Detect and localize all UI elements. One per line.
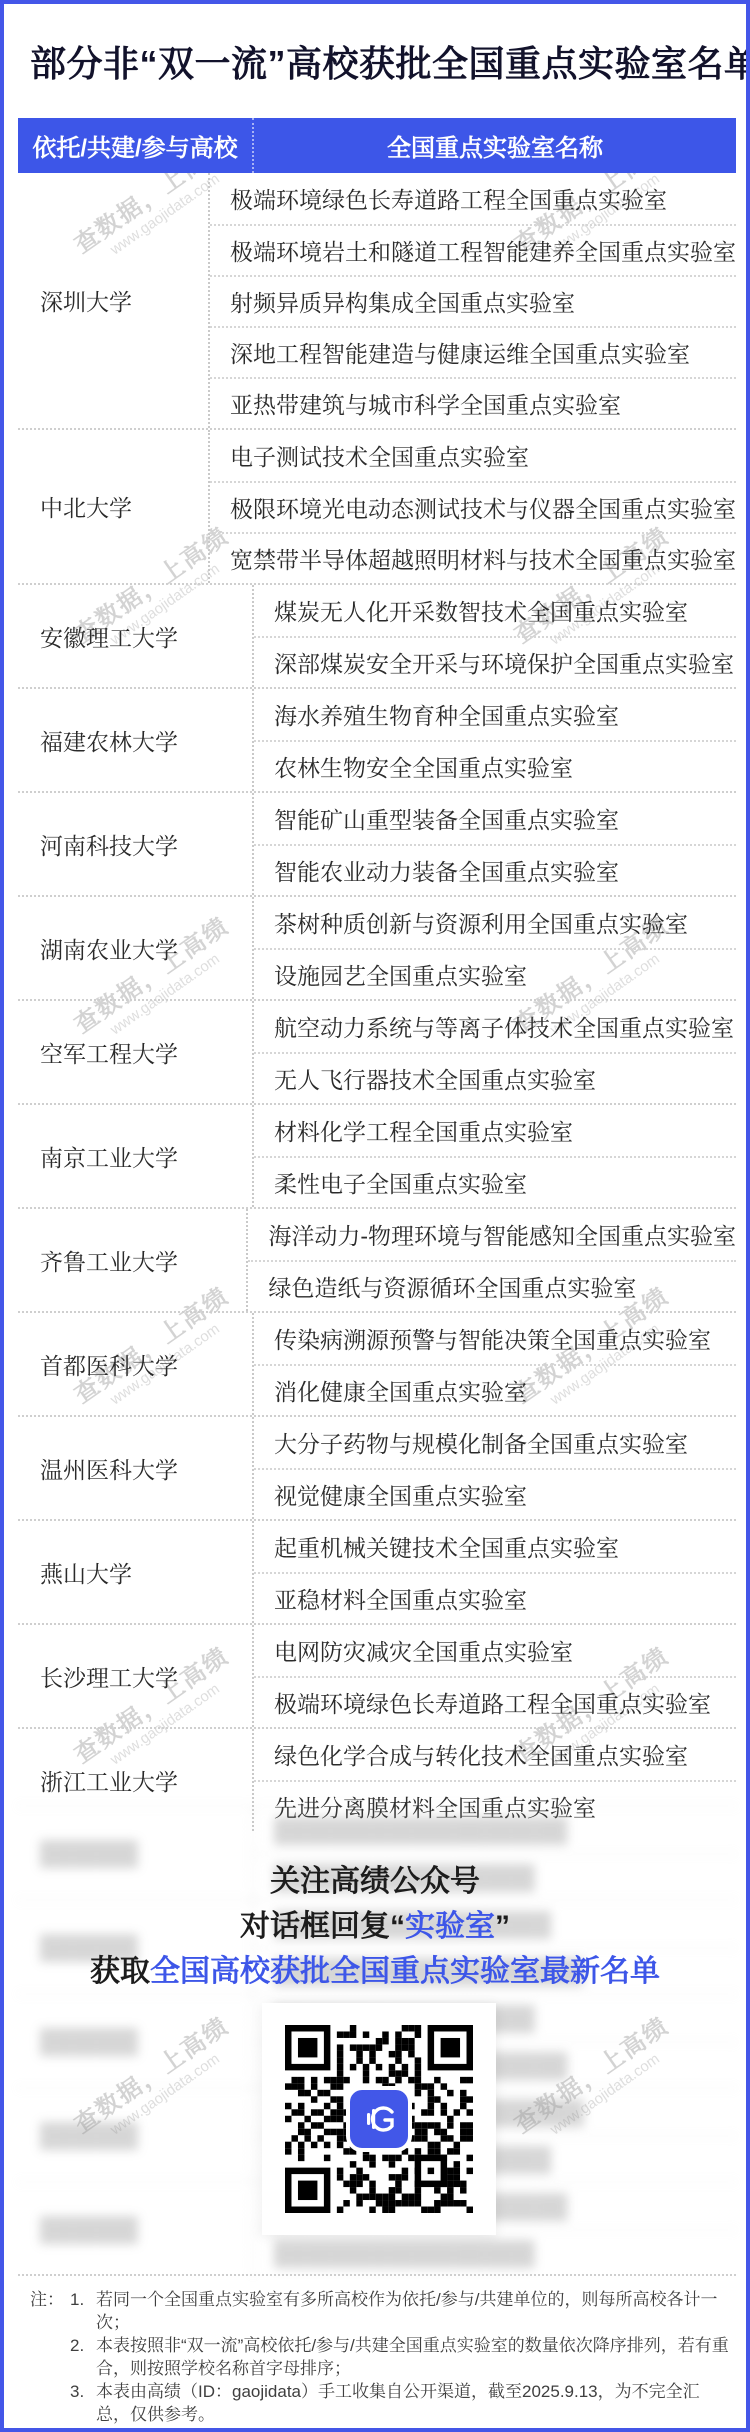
labs-cell-list: 海水养殖生物育种全国重点实验室农林生物安全全国重点实验室 [254, 689, 736, 791]
lab-cell: 电网防灾减灾全国重点实验室 [254, 1625, 736, 1676]
promo-line-3-prefix: 获取 [90, 1955, 150, 1988]
lab-cell: 茶树种质创新与资源利用全国重点实验室 [254, 897, 736, 948]
lab-cell: 射频异质异构集成全国重点实验室 [210, 275, 736, 326]
university-cell: 长沙理工大学 [18, 1625, 254, 1727]
lab-cell: 农林生物安全全国重点实验室 [254, 740, 736, 791]
labs-cell-list: 电网防灾减灾全国重点实验室极端环境绿色长寿道路工程全国重点实验室 [254, 1625, 736, 1727]
university-cell: 河南科技大学 [18, 793, 254, 895]
lab-cell: 极限环境光电动态测试技术与仪器全国重点实验室 [210, 481, 736, 532]
lab-cell: 深地工程智能建造与健康运维全国重点实验室 [210, 326, 736, 377]
lab-cell: 无人飞行器技术全国重点实验室 [254, 1052, 736, 1103]
table-row: 长沙理工大学电网防灾减灾全国重点实验室极端环境绿色长寿道路工程全国重点实验室 [18, 1623, 736, 1727]
university-cell: 南京工业大学 [18, 1105, 254, 1207]
labs-cell-list: 海洋动力-物理环境与智能感知全国重点实验室绿色造纸与资源循环全国重点实验室 [248, 1209, 736, 1311]
promo-line-2: 对话框回复“实验室” [4, 1905, 746, 1949]
labs-cell-list: 极端环境绿色长寿道路工程全国重点实验室极端环境岩土和隧道工程智能建养全国重点实验… [210, 173, 736, 428]
promo-keyword: 实验室 [405, 1910, 495, 1943]
lab-cell: 绿色化学合成与转化技术全国重点实验室 [254, 1729, 736, 1780]
table-row: 中北大学电子测试技术全国重点实验室极限环境光电动态测试技术与仪器全国重点实验室宽… [18, 428, 736, 583]
labs-cell-list: 起重机械关键技术全国重点实验室亚稳材料全国重点实验室 [254, 1521, 736, 1623]
note-number: 1. [70, 2288, 96, 2334]
table-row: 湖南农业大学茶树种质创新与资源利用全国重点实验室设施园艺全国重点实验室 [18, 895, 736, 999]
university-cell: 燕山大学 [18, 1521, 254, 1623]
promo-line-1: 关注高绩公众号 [4, 1860, 746, 1904]
lab-cell: 煤炭无人化开采数智技术全国重点实验室 [254, 585, 736, 636]
qr-card [262, 2003, 496, 2235]
table-row: 南京工业大学材料化学工程全国重点实验室柔性电子全国重点实验室 [18, 1103, 736, 1207]
lab-cell: 传染病溯源预警与智能决策全国重点实验室 [254, 1313, 736, 1364]
university-cell: 湖南农业大学 [18, 897, 254, 999]
university-cell: 安徽理工大学 [18, 585, 254, 687]
notes-divider [18, 2274, 736, 2276]
lab-cell: 电子测试技术全国重点实验室 [210, 430, 736, 481]
table-row: 温州医科大学大分子药物与规模化制备全国重点实验室视觉健康全国重点实验室 [18, 1415, 736, 1519]
university-cell: 温州医科大学 [18, 1417, 254, 1519]
labs-cell-list: 大分子药物与规模化制备全国重点实验室视觉健康全国重点实验室 [254, 1417, 736, 1519]
note-item: 1.若同一个全国重点实验室有多所高校作为依托/参与/共建单位的，则每所高校各计一… [70, 2288, 732, 2334]
lab-cell: 亚热带建筑与城市科学全国重点实验室 [210, 377, 736, 428]
lab-cell: 消化健康全国重点实验室 [254, 1364, 736, 1415]
header-lab-name: 全国重点实验室名称 [254, 118, 736, 173]
lab-cell: 设施园艺全国重点实验室 [254, 948, 736, 999]
lab-cell-blurred: ██████████████████ [254, 1807, 736, 1853]
lab-cell-blurred: ████████████████ [254, 2229, 736, 2275]
lab-cell: 视觉健康全国重点实验室 [254, 1468, 736, 1519]
note-text: 本表由高绩（ID：gaojidata）手工收集自公开渠道，截至2025.9.13… [96, 2380, 732, 2426]
labs-cell-list: 航空动力系统与等离子体技术全国重点实验室无人飞行器技术全国重点实验室 [254, 1001, 736, 1103]
table-row: 燕山大学起重机械关键技术全国重点实验室亚稳材料全国重点实验室 [18, 1519, 736, 1623]
university-cell: 福建农林大学 [18, 689, 254, 791]
infographic-page: 查数据，上高绩www.gaojidata.com查数据，上高绩www.gaoji… [0, 0, 750, 2432]
lab-cell: 海洋动力-物理环境与智能感知全国重点实验室 [248, 1209, 736, 1260]
lab-cell: 柔性电子全国重点实验室 [254, 1156, 736, 1207]
lab-cell: 亚稳材料全国重点实验室 [254, 1572, 736, 1623]
lab-cell: 起重机械关键技术全国重点实验室 [254, 1521, 736, 1572]
lab-cell: 极端环境绿色长寿道路工程全国重点实验室 [210, 173, 736, 224]
table-row: 首都医科大学传染病溯源预警与智能决策全国重点实验室消化健康全国重点实验室 [18, 1311, 736, 1415]
note-number: 3. [70, 2380, 96, 2426]
university-cell-blurred: ██████ [18, 2089, 254, 2181]
table-row: 齐鲁工业大学海洋动力-物理环境与智能感知全国重点实验室绿色造纸与资源循环全国重点… [18, 1207, 736, 1311]
labs-cell-list: 电子测试技术全国重点实验室极限环境光电动态测试技术与仪器全国重点实验室宽禁带半导… [210, 430, 736, 583]
table-row: 福建农林大学海水养殖生物育种全国重点实验室农林生物安全全国重点实验室 [18, 687, 736, 791]
labs-cell-list: 煤炭无人化开采数智技术全国重点实验室深部煤炭安全开采与环境保护全国重点实验室 [254, 585, 736, 687]
table-row: 河南科技大学智能矿山重型装备全国重点实验室智能农业动力装备全国重点实验室 [18, 791, 736, 895]
lab-cell: 智能农业动力装备全国重点实验室 [254, 844, 736, 895]
promo-line-2-prefix: 对话框回复“ [240, 1910, 405, 1943]
university-cell: 首都医科大学 [18, 1313, 254, 1415]
lab-cell: 深部煤炭安全开采与环境保护全国重点实验室 [254, 636, 736, 687]
lab-cell: 海水养殖生物育种全国重点实验室 [254, 689, 736, 740]
labs-cell-list: 智能矿山重型装备全国重点实验室智能农业动力装备全国重点实验室 [254, 793, 736, 895]
lab-cell: 材料化学工程全国重点实验室 [254, 1105, 736, 1156]
promo-line-2-suffix: ” [495, 1910, 510, 1943]
table-body: 深圳大学极端环境绿色长寿道路工程全国重点实验室极端环境岩土和隧道工程智能建养全国… [18, 173, 736, 1831]
university-cell-blurred: ██████ [18, 2183, 254, 2275]
labs-cell-list: 茶树种质创新与资源利用全国重点实验室设施园艺全国重点实验室 [254, 897, 736, 999]
note-item: 2.本表按照非“双一流”高校依托/参与/共建全国重点实验室的数量依次降序排列，若… [70, 2334, 732, 2380]
lab-cell: 智能矿山重型装备全国重点实验室 [254, 793, 736, 844]
gaoji-logo-icon [346, 2086, 412, 2152]
labs-table: 依托/共建/参与高校 全国重点实验室名称 深圳大学极端环境绿色长寿道路工程全国重… [18, 118, 736, 1831]
lab-cell: 绿色造纸与资源循环全国重点实验室 [248, 1260, 736, 1311]
lab-cell: 航空动力系统与等离子体技术全国重点实验室 [254, 1001, 736, 1052]
note-item: 3.本表由高绩（ID：gaojidata）手工收集自公开渠道，截至2025.9.… [70, 2380, 732, 2426]
lab-cell: 极端环境岩土和隧道工程智能建养全国重点实验室 [210, 224, 736, 275]
table-header: 依托/共建/参与高校 全国重点实验室名称 [18, 118, 736, 173]
university-cell: 中北大学 [18, 430, 210, 583]
header-college: 依托/共建/参与高校 [18, 118, 254, 173]
labs-cell-list: 传染病溯源预警与智能决策全国重点实验室消化健康全国重点实验室 [254, 1313, 736, 1415]
university-cell: 齐鲁工业大学 [18, 1209, 248, 1311]
promo-link-text: 全国高校获批全国重点实验室最新名单 [150, 1955, 660, 1988]
table-row: 安徽理工大学煤炭无人化开采数智技术全国重点实验室深部煤炭安全开采与环境保护全国重… [18, 583, 736, 687]
page-title: 部分非“双一流”高校获批全国重点实验室名单 [30, 36, 750, 87]
note-text: 本表按照非“双一流”高校依托/参与/共建全国重点实验室的数量依次降序排列，若有重… [96, 2334, 732, 2380]
promo-line-3: 获取全国高校获批全国重点实验室最新名单 [4, 1950, 746, 1994]
note-text: 若同一个全国重点实验室有多所高校作为依托/参与/共建单位的，则每所高校各计一次； [96, 2288, 732, 2334]
notes: 注： 1.若同一个全国重点实验室有多所高校作为依托/参与/共建单位的，则每所高校… [30, 2288, 732, 2426]
lab-cell: 宽禁带半导体超越照明材料与技术全国重点实验室 [210, 532, 736, 583]
notes-items: 1.若同一个全国重点实验室有多所高校作为依托/参与/共建单位的，则每所高校各计一… [70, 2288, 732, 2426]
lab-cell: 极端环境绿色长寿道路工程全国重点实验室 [254, 1676, 736, 1727]
lab-cell: 大分子药物与规模化制备全国重点实验室 [254, 1417, 736, 1468]
university-cell-blurred: ██████ [18, 1995, 254, 2087]
university-cell: 空军工程大学 [18, 1001, 254, 1103]
table-row: 空军工程大学航空动力系统与等离子体技术全国重点实验室无人飞行器技术全国重点实验室 [18, 999, 736, 1103]
university-cell: 深圳大学 [18, 173, 210, 428]
table-row: 深圳大学极端环境绿色长寿道路工程全国重点实验室极端环境岩土和隧道工程智能建养全国… [18, 173, 736, 428]
labs-cell-list: 材料化学工程全国重点实验室柔性电子全国重点实验室 [254, 1105, 736, 1207]
notes-label: 注： [30, 2288, 70, 2426]
note-number: 2. [70, 2334, 96, 2380]
